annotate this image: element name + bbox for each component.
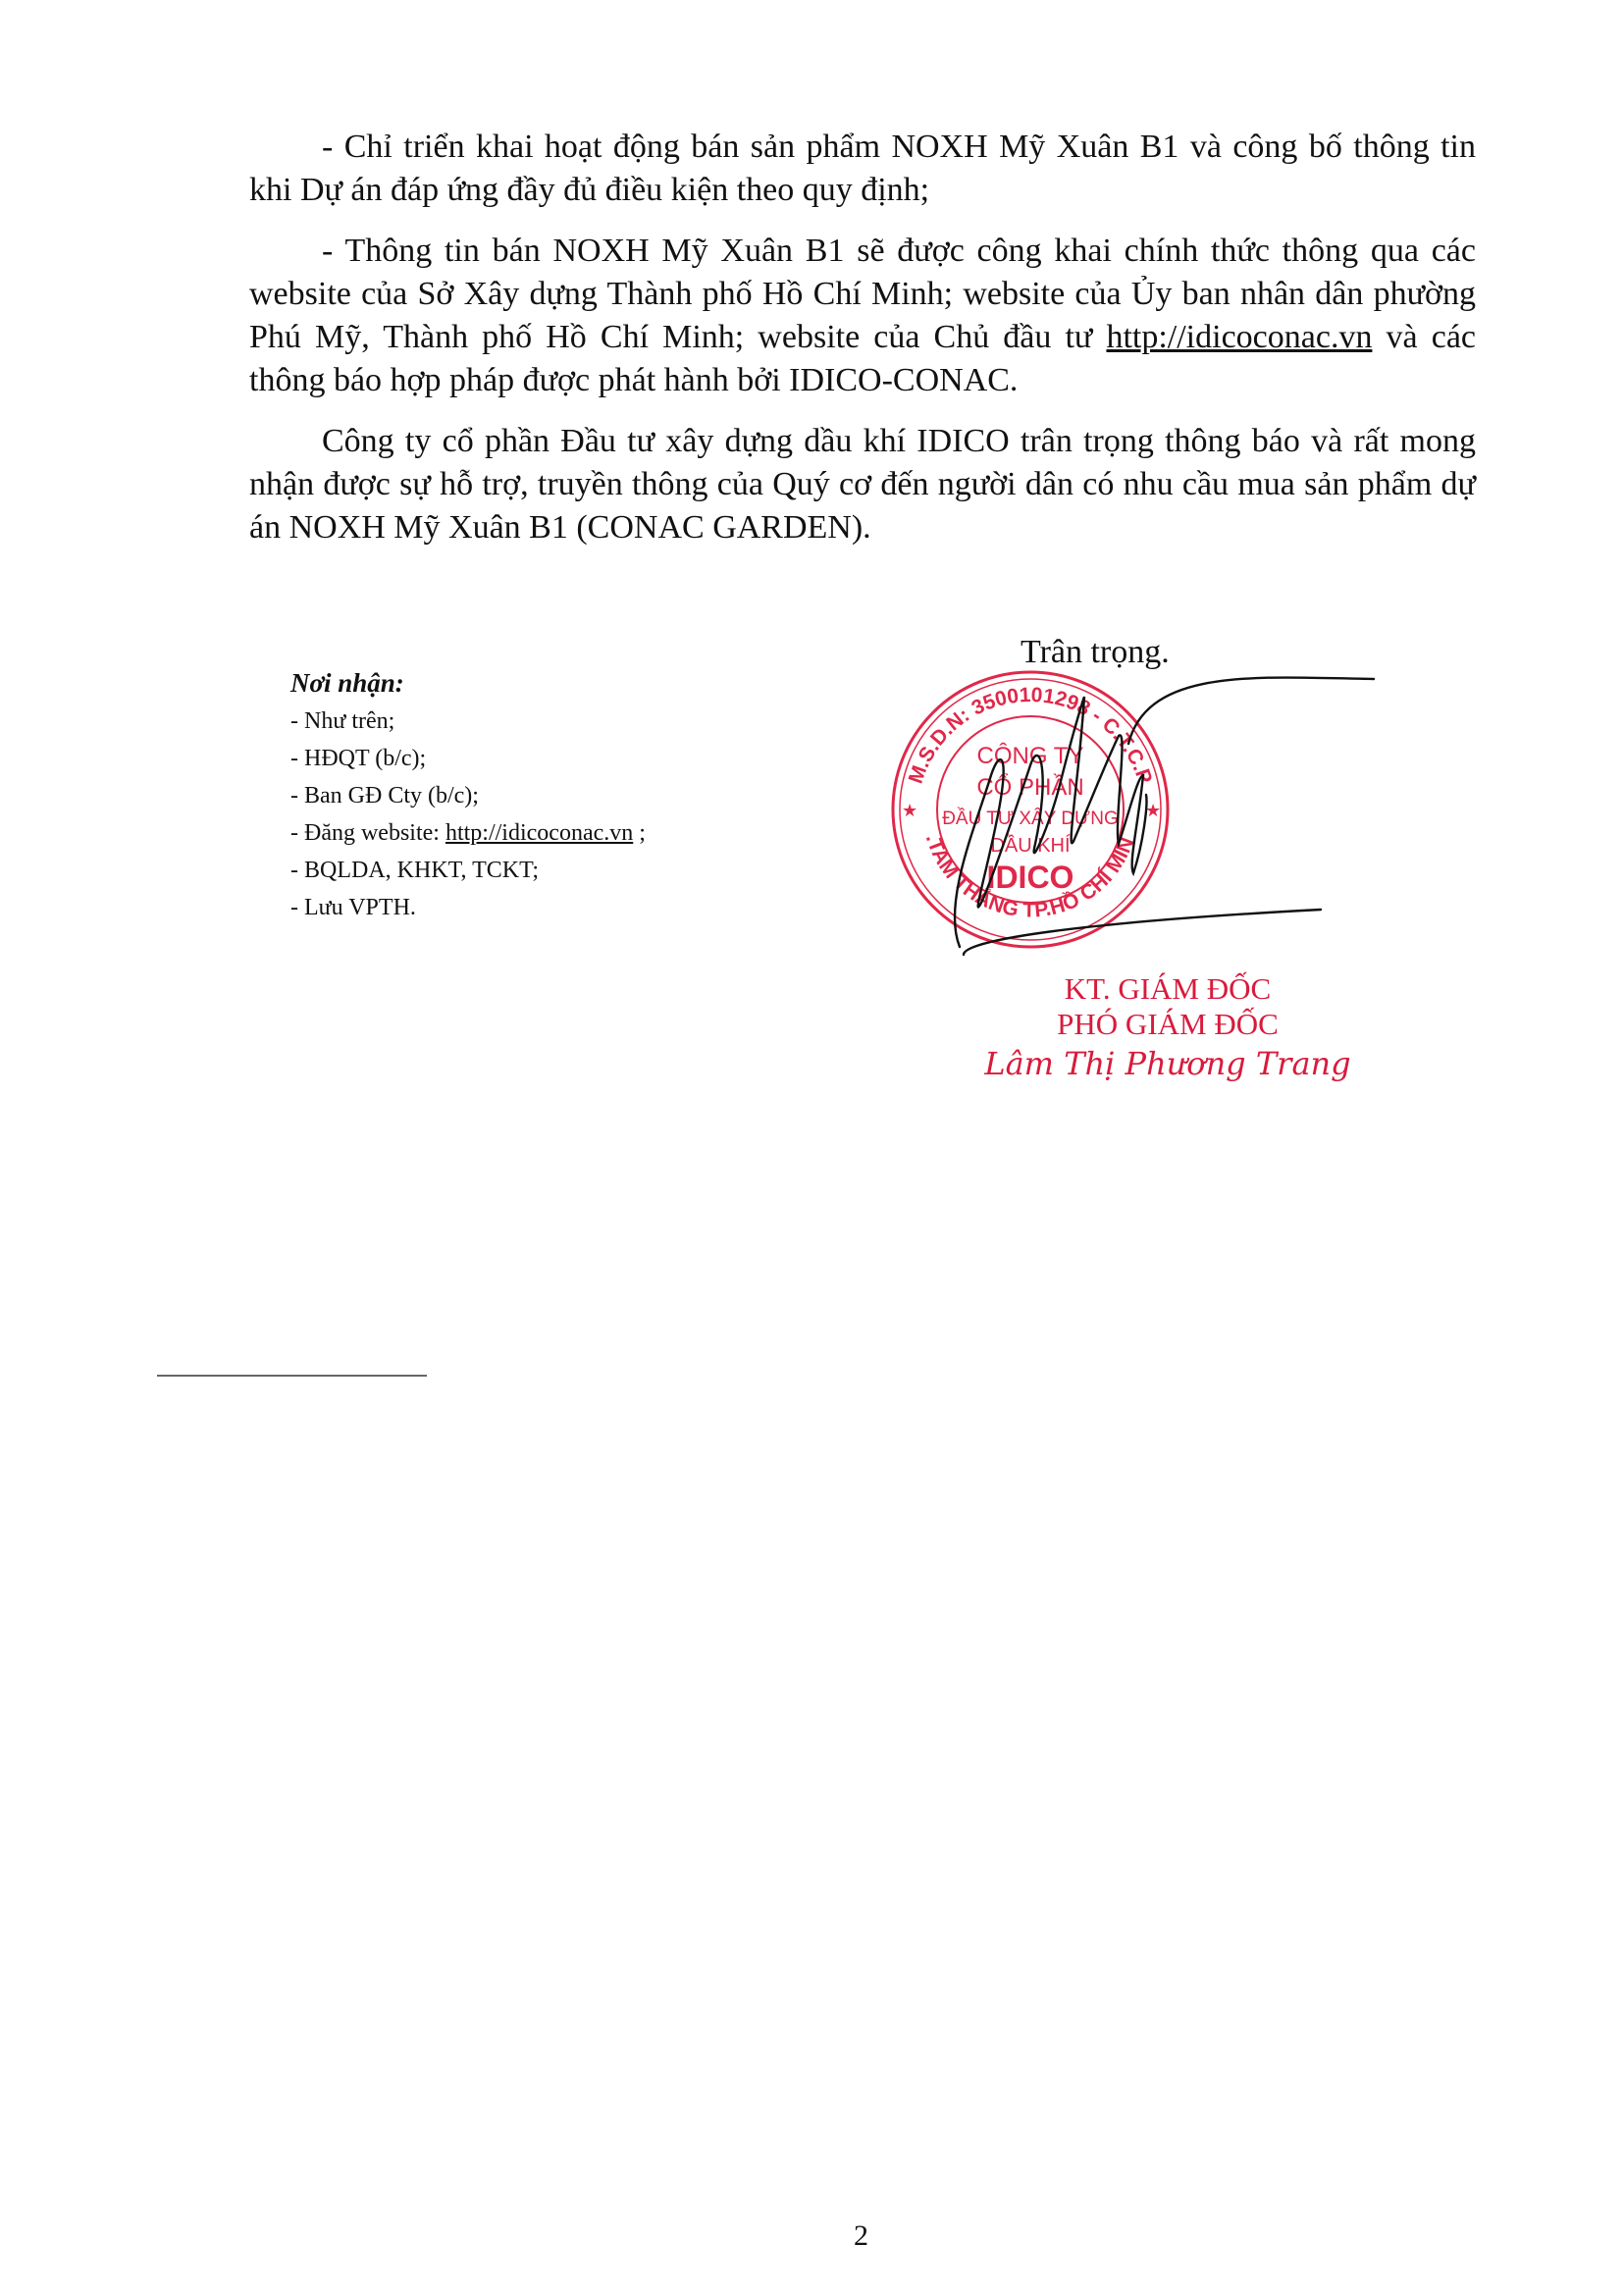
company-seal-icon: M.S.D.N: 3500101298 - C.T.C.P P.TAM THẮN… <box>888 667 1173 952</box>
website-link[interactable]: http://idicoconac.vn <box>1106 319 1372 355</box>
recipient-item: - Lưu VPTH. <box>290 889 646 926</box>
paragraph-info-channels: - Thông tin bán NOXH Mỹ Xuân B1 sẽ được … <box>249 230 1476 402</box>
recipients-block: Nơi nhận: - Như trên; - HĐQT (b/c); - Ba… <box>290 663 646 926</box>
paragraph-closing-notice: Công ty cổ phần Đầu tư xây dựng dầu khí … <box>249 420 1476 549</box>
svg-text:M.S.D.N: 3500101298 - C.T.C.P: M.S.D.N: 3500101298 - C.T.C.P <box>905 684 1157 787</box>
svg-text:ĐẦU TƯ XÂY DỰNG: ĐẦU TƯ XÂY DỰNG <box>942 808 1119 829</box>
signer-name: Lâm Thị Phương Trang <box>962 1042 1374 1085</box>
svg-text:CỔ PHẦN: CỔ PHẦN <box>976 773 1083 801</box>
svg-text:CÔNG TY: CÔNG TY <box>977 742 1084 769</box>
recipient-item: - Đăng website: http://idicoconac.vn ; <box>290 814 646 852</box>
document-page: - Chỉ triển khai hoạt động bán sản phẩm … <box>0 0 1623 2296</box>
page-number: 2 <box>854 2219 868 2253</box>
recipient-suffix: ; <box>633 820 646 846</box>
recipients-list: - Như trên; - HĐQT (b/c); - Ban GĐ Cty (… <box>290 703 646 926</box>
signer-authority: KT. GIÁM ĐỐC <box>962 971 1374 1007</box>
svg-text:IDICO: IDICO <box>987 860 1074 895</box>
body-text: - Chỉ triển khai hoạt động bán sản phẩm … <box>249 126 1476 567</box>
recipient-item: - Ban GĐ Cty (b/c); <box>290 777 646 814</box>
recipient-text: - Đăng website: <box>290 820 445 846</box>
recipient-item: - BQLDA, KHKT, TCKT; <box>290 852 646 889</box>
recipient-item: - HĐQT (b/c); <box>290 740 646 777</box>
closing-salutation: Trân trọng. <box>1021 634 1170 671</box>
svg-text:DẦU KHÍ: DẦU KHÍ <box>990 834 1071 857</box>
svg-text:★: ★ <box>902 801 917 820</box>
signer-block: KT. GIÁM ĐỐC PHÓ GIÁM ĐỐC Lâm Thị Phương… <box>962 971 1374 1085</box>
paragraph-sales-condition: - Chỉ triển khai hoạt động bán sản phẩm … <box>249 126 1476 212</box>
recipients-title: Nơi nhận: <box>290 663 646 703</box>
website-link[interactable]: http://idicoconac.vn <box>445 820 633 846</box>
footnote-divider <box>157 1375 427 1377</box>
svg-text:★: ★ <box>1145 801 1161 820</box>
signer-title: PHÓ GIÁM ĐỐC <box>962 1007 1374 1042</box>
recipient-item: - Như trên; <box>290 703 646 740</box>
